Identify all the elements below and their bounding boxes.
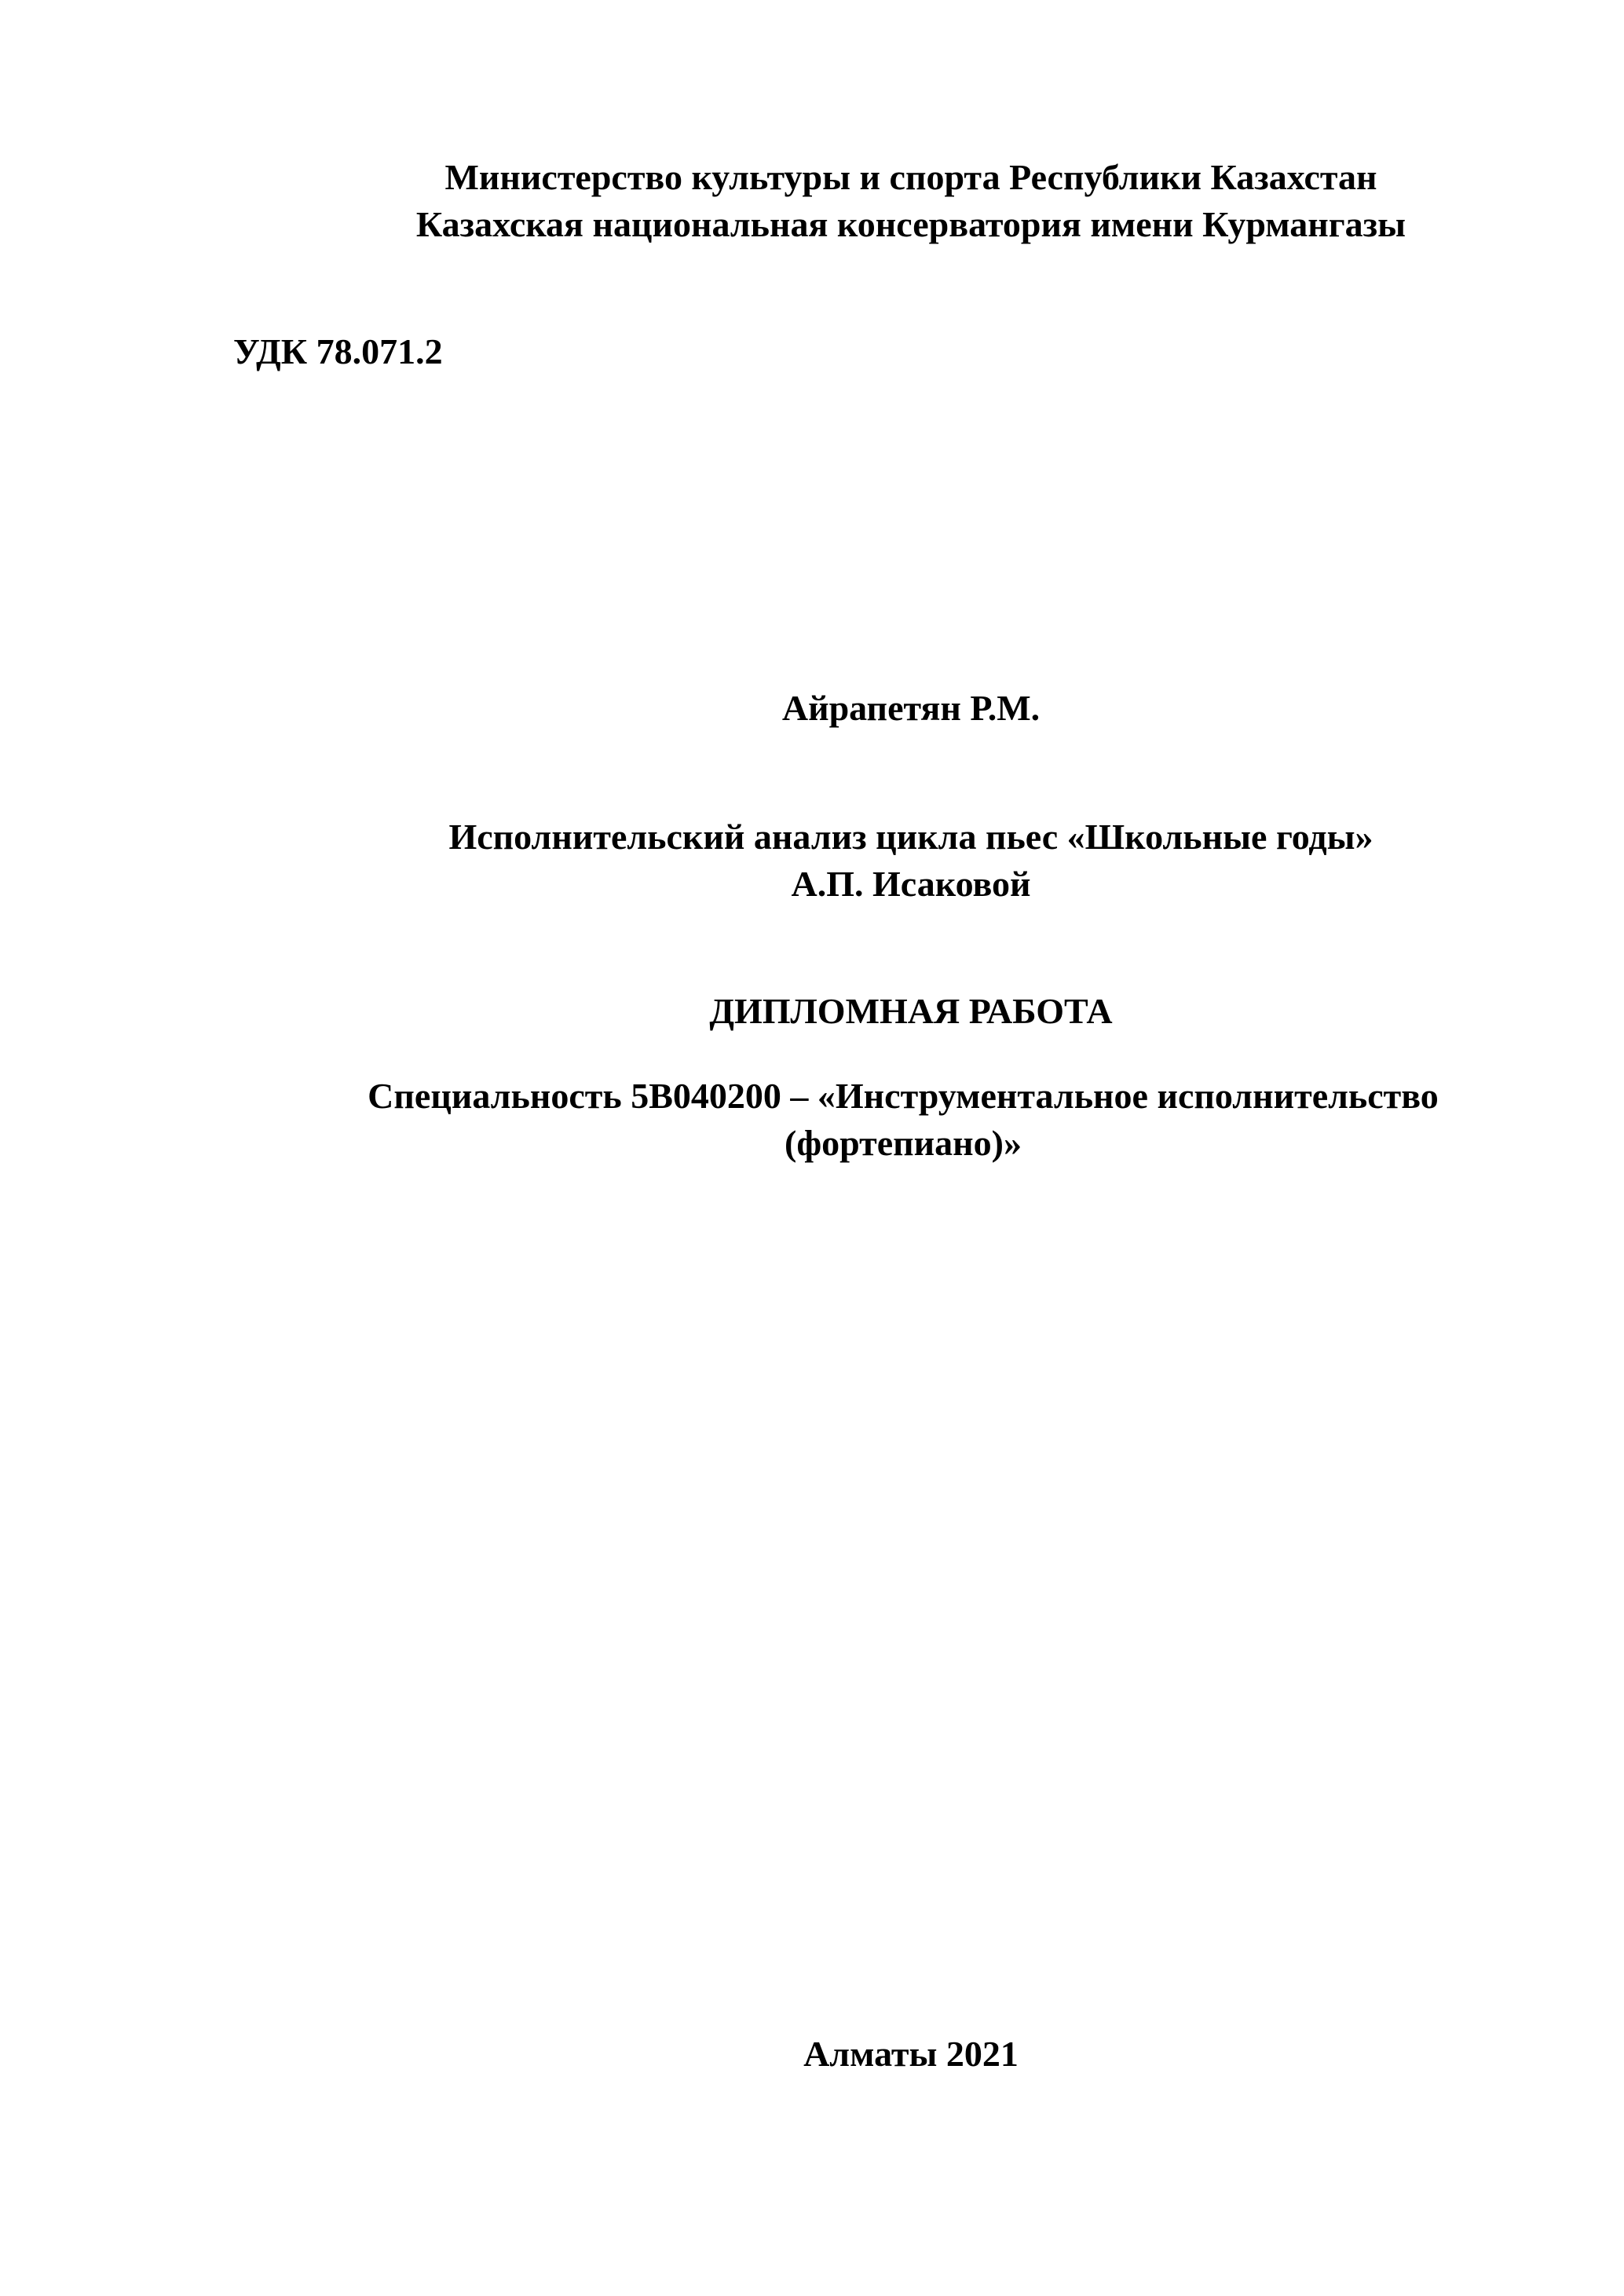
specialty: Специальность 5В040200 – «Инструментальн… [236, 1073, 1571, 1167]
udk-code: УДК 78.071.2 [233, 330, 443, 374]
thesis-title-line2: А.П. Исаковой [361, 861, 1461, 908]
author-name: Айрапетян Р.М. [361, 685, 1461, 732]
city-year: Алматы 2021 [361, 2031, 1461, 2078]
specialty-line1: Специальность 5В040200 – «Инструментальн… [236, 1073, 1571, 1120]
thesis-title: Исполнительский анализ цикла пьес «Школь… [361, 813, 1461, 908]
specialty-line2: (фортепиано)» [236, 1120, 1571, 1167]
thesis-title-line1: Исполнительский анализ цикла пьес «Школь… [361, 813, 1461, 861]
ministry-name: Министерство культуры и спорта Республик… [361, 154, 1461, 201]
institution-name: Казахская национальная консерватория име… [361, 201, 1461, 248]
header-block: Министерство культуры и спорта Республик… [361, 154, 1461, 248]
work-type: ДИПЛОМНАЯ РАБОТА [361, 988, 1461, 1035]
